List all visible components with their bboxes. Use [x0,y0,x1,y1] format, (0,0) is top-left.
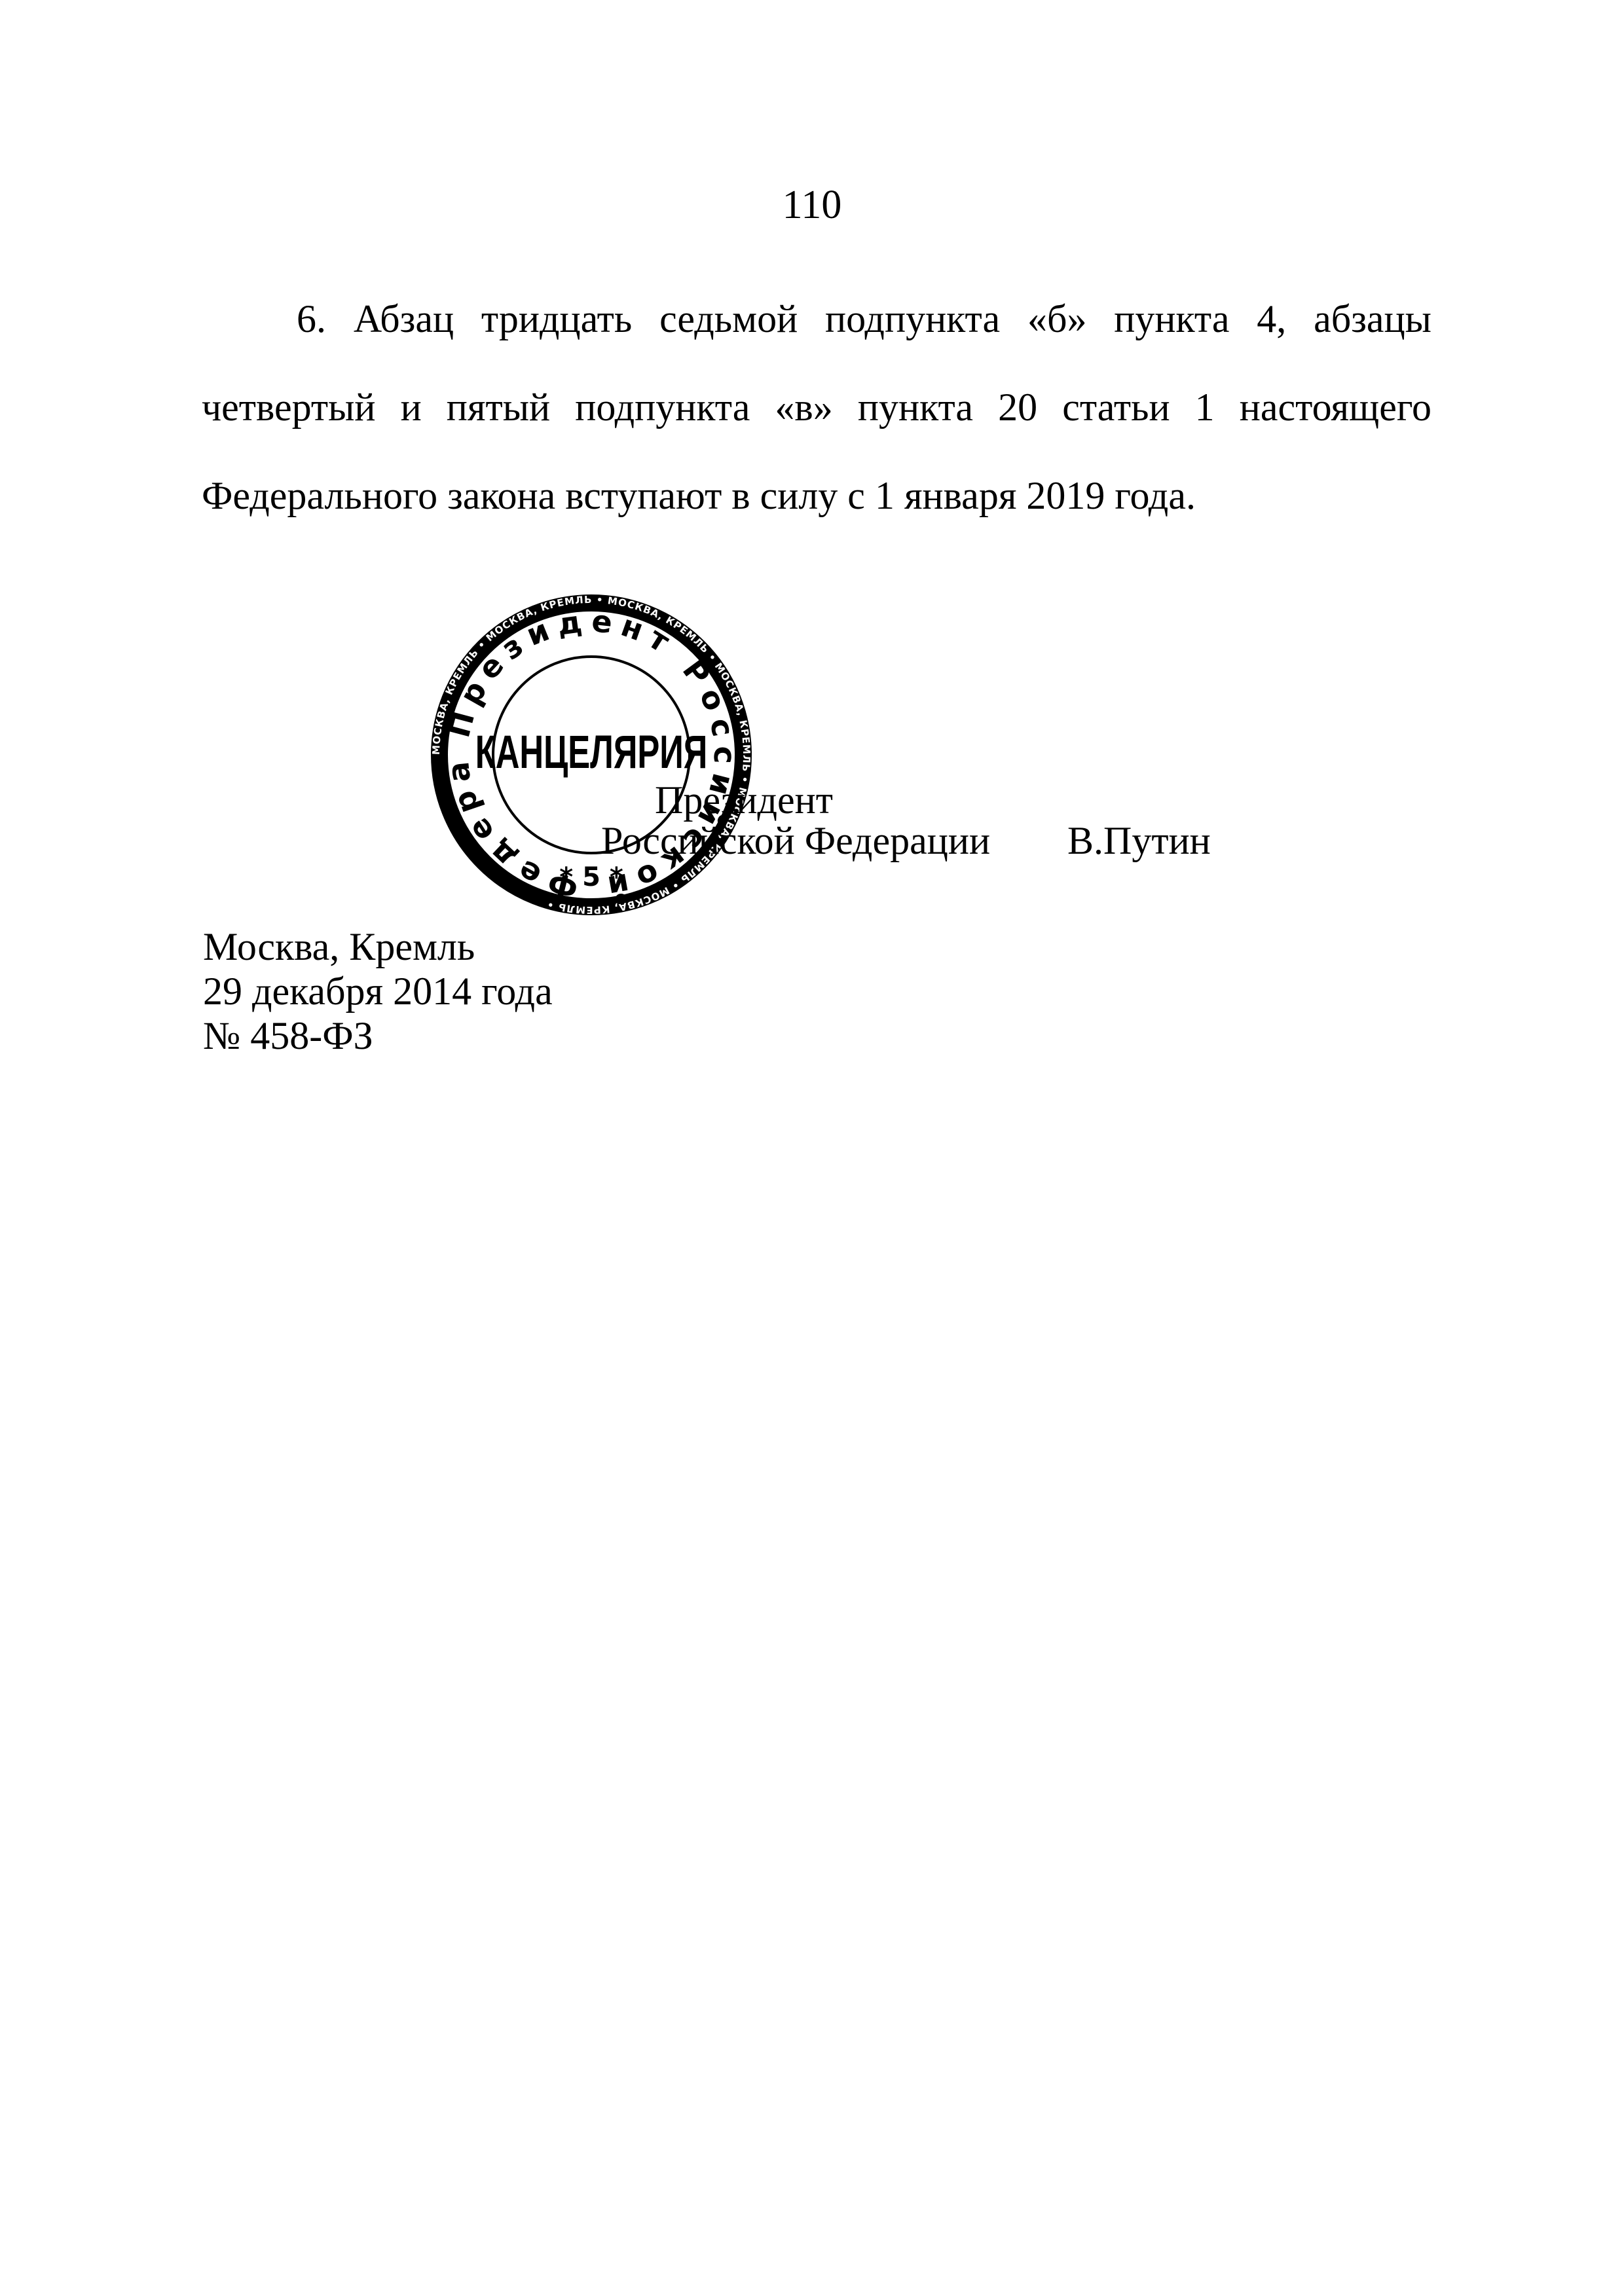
signing-details: Москва, Кремль 29 декабря 2014 года № 45… [203,924,553,1058]
paragraph-line: четвертый и пятый подпункта «в» пункта 2… [202,363,1431,452]
signing-date: 29 декабря 2014 года [203,969,553,1013]
signing-place: Москва, Кремль [203,924,553,969]
stamp-number: * 5 * [559,862,623,892]
paragraph-6: 6. Абзац тридцать седьмой подпункта «б» … [202,275,1431,540]
signatory-name: В.Путин [1067,821,1211,860]
official-stamp: МОСКВА, КРЕМЛЬ • МОСКВА, КРЕМЛЬ • МОСКВА… [424,588,758,922]
signatory-title-line1: Президент [655,780,833,820]
paragraph-line: 6. Абзац тридцать седьмой подпункта «б» … [202,275,1431,363]
stamp-seal-icon: МОСКВА, КРЕМЛЬ • МОСКВА, КРЕМЛЬ • МОСКВА… [424,588,758,922]
paragraph-line: Федерального закона вступают в силу с 1 … [202,452,1431,540]
stamp-center-text: КАНЦЕЛЯРИЯ [475,727,708,778]
page-number: 110 [0,185,1624,225]
signatory-title-line2: Российской Федерации [601,821,990,860]
law-number: № 458-ФЗ [203,1013,553,1058]
